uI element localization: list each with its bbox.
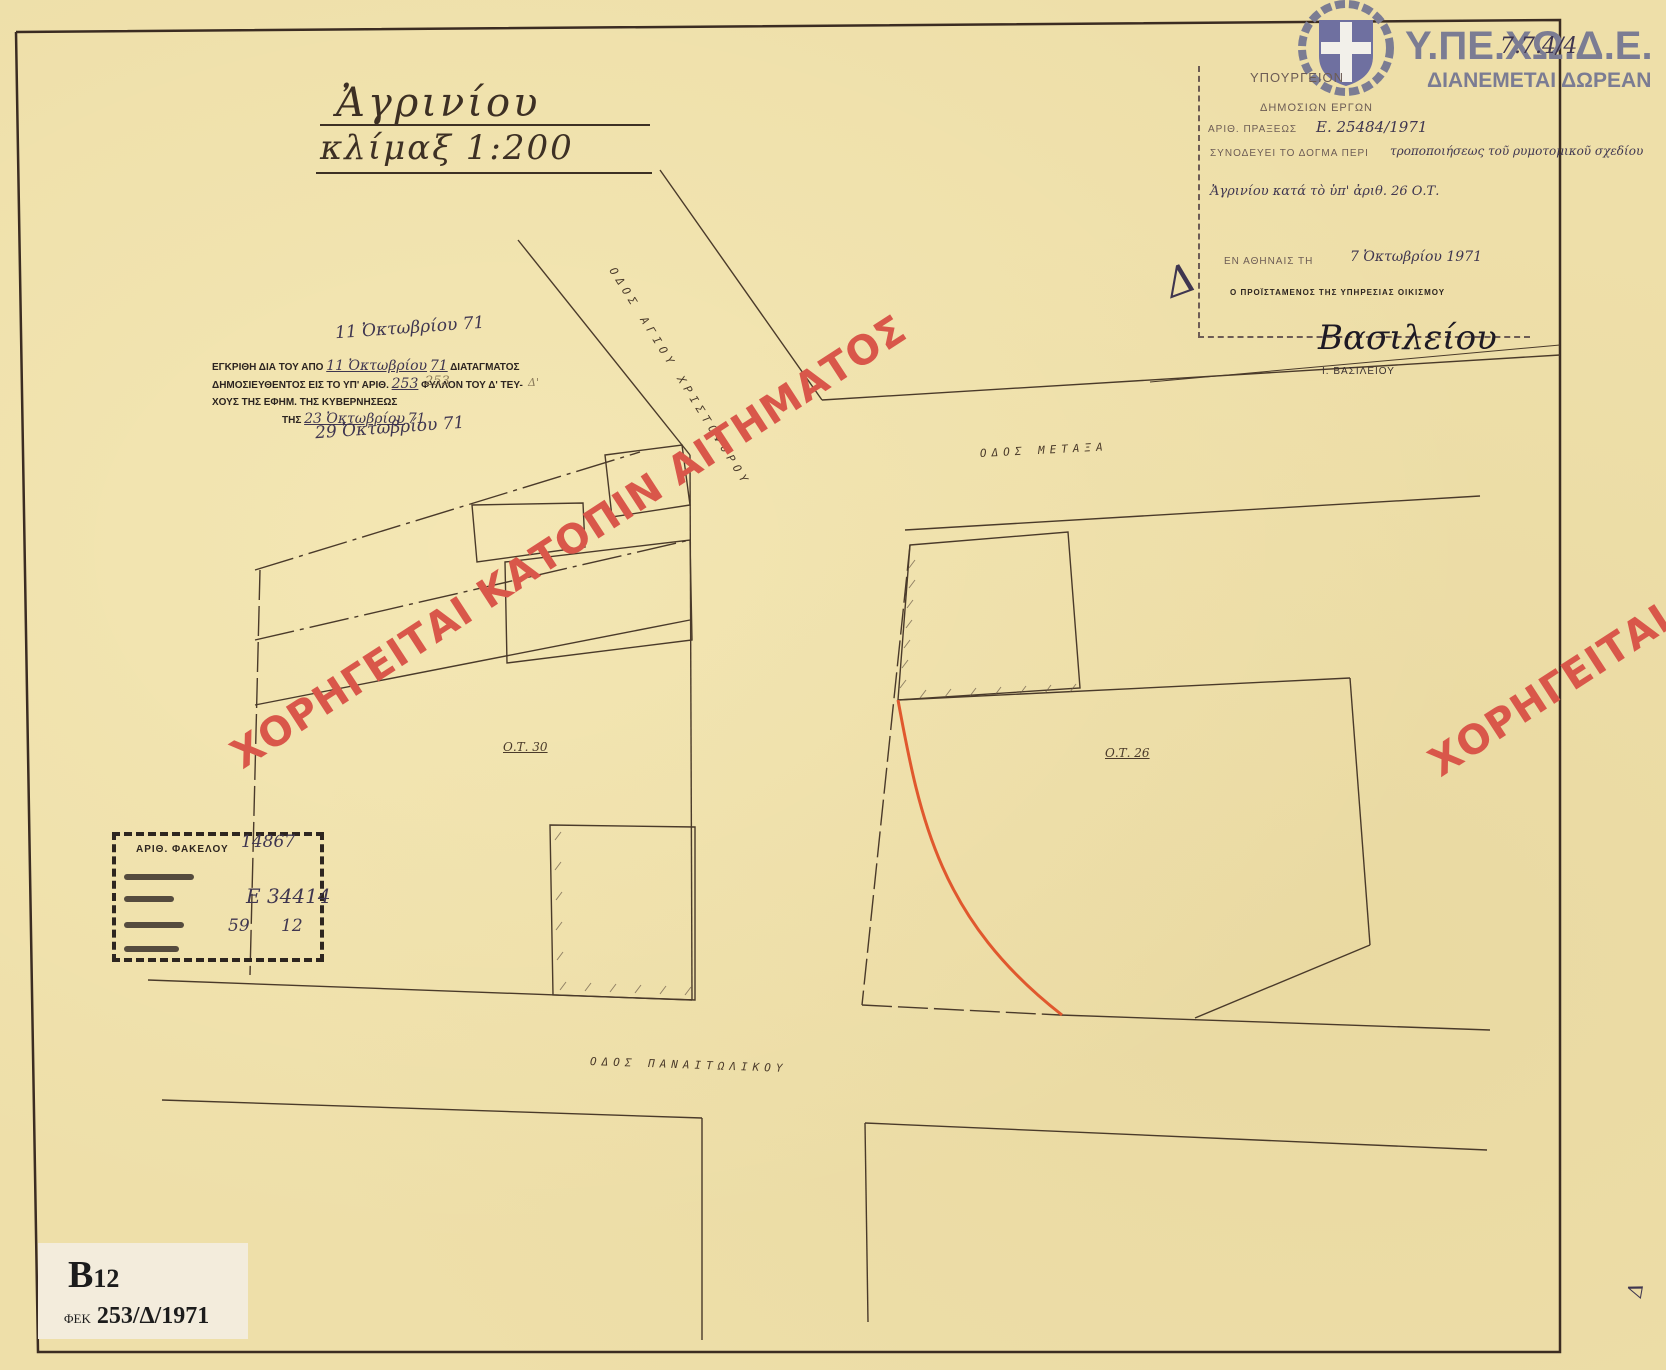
stamp-smudge: [124, 896, 174, 902]
stamp-accompanies-text-1: τροποποιήσεως τοῦ ρυμοτομικοῦ σχεδίου: [1390, 144, 1643, 158]
gazette-reference: ΦΕΚ 253/Δ/1971: [64, 1303, 209, 1330]
title-underline: [320, 124, 650, 126]
sheet-code-number: 12: [93, 1264, 119, 1293]
gazette-prefix: ΦΕΚ: [64, 1311, 91, 1326]
stamp-ministry: ΥΠΟΥΡΓΕΙΟΝ: [1250, 70, 1344, 85]
block-label-26: Ο.Τ. 26: [1105, 746, 1150, 760]
approval-line3: ΧΟΥΣ ΤΗΣ ΕΦΗΜ. ΤΗΣ ΚΥΒΕΡΝΗΣΕΩΣ: [212, 397, 397, 408]
map-scale: κλίμαξ 1:200: [320, 128, 574, 168]
stamp-smudge: [124, 874, 194, 880]
approval-line1-prefix: ΕΓΚΡΙΘΗ ΔΙΑ ΤΟΥ ΑΠΟ: [212, 362, 323, 373]
approval-hand-d: Δ': [528, 376, 539, 389]
sheet-code-letter: Β: [68, 1254, 93, 1296]
stamp-accompanies-text-2: Ἀγρινίου κατά τὸ ὑπ' ἀριθ. 26 Ο.Τ.: [1210, 184, 1439, 199]
block-label-30: Ο.Τ. 30: [503, 740, 548, 754]
archive-value-59: 59: [228, 916, 250, 936]
archive-folder-number: 14867: [241, 832, 295, 852]
approval-line1-suffix: ΔΙΑΤΑΓΜΑΤΟΣ: [450, 362, 519, 373]
stamp-place-label: ΕΝ ΑΘΗΝΑΙΣ ΤΗ: [1224, 256, 1313, 267]
archive-label: ΑΡΙΘ. ΦΑΚΕΛΟΥ: [136, 844, 229, 855]
archive-stamp: ΑΡΙΘ. ΦΑΚΕΛΟΥ 14867 Ε 34414 59 12: [112, 832, 324, 962]
stamp-official-title: Ο ΠΡΟΪΣΤΑΜΕΝΟΣ ΤΗΣ ΥΠΗΡΕΣΙΑΣ ΟΙΚΙΣΜΟΥ: [1230, 288, 1445, 297]
signature: Βασιλείου: [1318, 318, 1497, 358]
stamp-date-value: 7 Ὀκτωβρίου 1971: [1350, 249, 1482, 265]
amended-boundary-line: [898, 700, 1062, 1015]
ministry-stamp: ΥΠΟΥΡΓΕΙΟΝ ΔΗΜΟΣΙΩΝ ΕΡΓΩΝ ΑΡΙΘ. ΠΡΑΞΕΩΣ …: [1198, 66, 1530, 338]
approval-decree-date: 11 Ὀκτωβρίου: [326, 358, 427, 374]
stamp-protocol-value: Ε. 25484/1971: [1316, 118, 1427, 136]
scale-underline: [316, 172, 652, 174]
archive-value-12: 12: [281, 916, 303, 936]
gazette-number: 253/Δ/1971: [97, 1303, 209, 1329]
map-title: Ἀγρινίου: [336, 80, 540, 126]
signatory-name: Ι. ΒΑΣΙΛΕΙΟΥ: [1322, 366, 1395, 377]
approval-line2-prefix: ΔΗΜΟΣΙΕΥΘΕΝΤΟΣ ΕΙΣ ΤΟ ΥΠ' ΑΡΙΘ.: [212, 380, 389, 391]
approval-note: ΕΓΚΡΙΘΗ ΔΙΑ ΤΟΥ ΑΠΟ 11 Ὀκτωβρίου 71 ΔΙΑΤ…: [212, 358, 523, 429]
sheet-label-card: Β12 ΦΕΚ 253/Δ/1971: [38, 1243, 248, 1339]
approval-line4-prefix: ΤΗΣ: [282, 415, 301, 426]
handwritten-archive-number: 7.7.4/4: [1500, 34, 1577, 59]
stamp-smudge: [124, 946, 179, 952]
stamp-department: ΔΗΜΟΣΙΩΝ ΕΡΓΩΝ: [1260, 102, 1373, 114]
archive-reference: Ε 34414: [246, 884, 331, 908]
stamp-accompanies-label: ΣΥΝΟΔΕΥΕΙ ΤΟ ΔΟΓΜΑ ΠΕΡΙ: [1210, 148, 1369, 159]
sheet-code: Β12: [68, 1253, 119, 1297]
approval-gazette-number: 253: [392, 376, 419, 392]
approval-decree-year: 71: [430, 358, 448, 374]
stamp-protocol-label: ΑΡΙΘ. ΠΡΑΞΕΩΣ: [1208, 124, 1297, 135]
approval-hand-253: 253: [425, 374, 450, 389]
stamp-smudge: [124, 922, 184, 928]
